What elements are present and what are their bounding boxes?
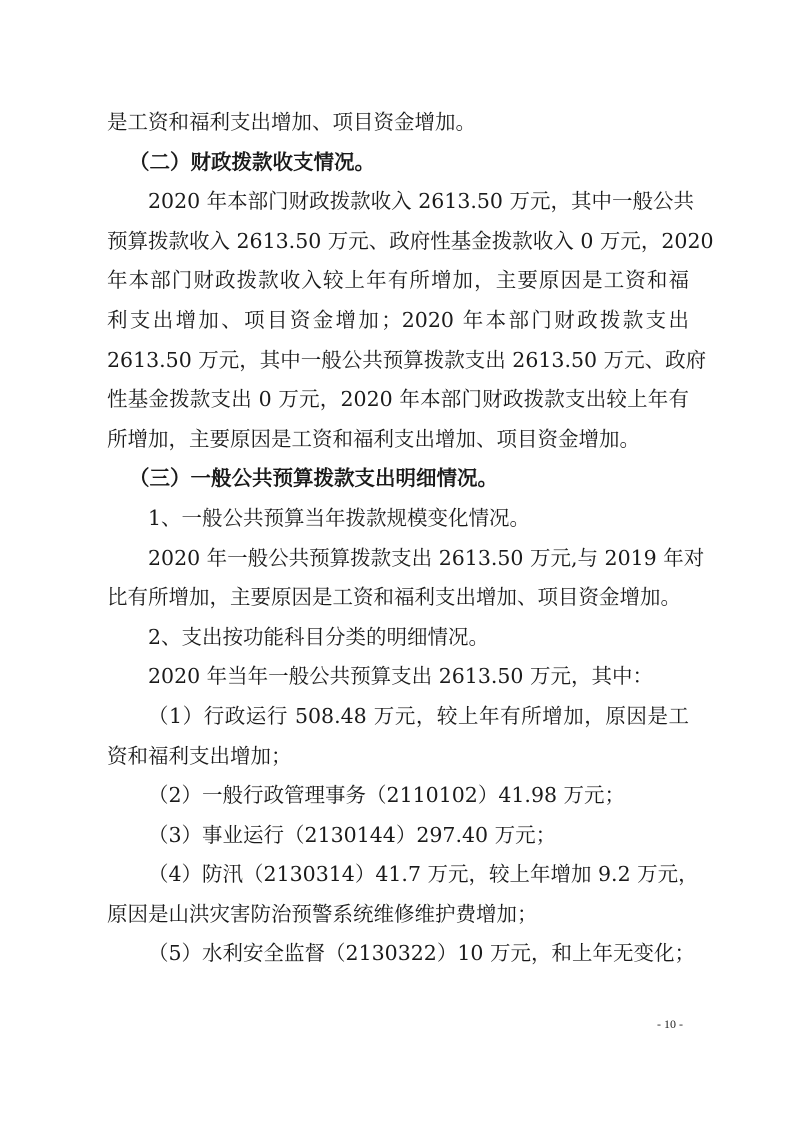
paragraph-line: 所增加，主要原因是工资和福利支出增加、项目资金增加。: [107, 420, 689, 460]
list-item-line: （5）水利安全监督（2130322）10 万元，和上年无变化；: [107, 934, 689, 974]
subsection-heading: 1、一般公共预算当年拨款规模变化情况。: [107, 499, 689, 539]
paragraph-line: 2020 年一般公共预算拨款支出 2613.50 万元,与 2019 年对: [107, 539, 689, 579]
page-number: - 10 -: [640, 1017, 700, 1032]
paragraph-line: 预算拨款收入 2613.50 万元、政府性基金拨款收入 0 万元，2020: [107, 222, 689, 262]
paragraph-line: 年本部门财政拨款收入较上年有所增加，主要原因是工资和福: [107, 261, 689, 301]
list-item-line: （2）一般行政管理事务（2110102）41.98 万元；: [107, 776, 689, 816]
subsection-heading: 2、支出按功能科目分类的明细情况。: [107, 618, 689, 658]
paragraph-line: 性基金拨款支出 0 万元，2020 年本部门财政拨款支出较上年有: [107, 380, 689, 420]
paragraph-line: 比有所增加，主要原因是工资和福利支出增加、项目资金增加。: [107, 578, 689, 618]
section-heading-general-budget-detail: （三）一般公共预算拨款支出明细情况。: [107, 459, 689, 499]
paragraph-line: 2020 年当年一般公共预算支出 2613.50 万元，其中：: [107, 657, 689, 697]
list-item-line: 原因是山洪灾害防治预警系统维修维护费增加；: [107, 895, 689, 935]
list-item-line: （4）防汛（2130314）41.7 万元，较上年增加 9.2 万元，: [107, 855, 689, 895]
document-page: 是工资和福利支出增加、项目资金增加。 （二）财政拨款收支情况。 2020 年本部…: [107, 103, 689, 974]
section-heading-fiscal-appropriation: （二）财政拨款收支情况。: [107, 143, 689, 183]
paragraph-line: 2613.50 万元，其中一般公共预算拨款支出 2613.50 万元、政府: [107, 341, 689, 381]
list-item-line: 资和福利支出增加；: [107, 737, 689, 777]
paragraph-line: 是工资和福利支出增加、项目资金增加。: [107, 103, 689, 143]
list-item-line: （3）事业运行（2130144）297.40 万元；: [107, 816, 689, 856]
paragraph-line: 利支出增加、项目资金增加；2020 年本部门财政拨款支出: [107, 301, 689, 341]
list-item-line: （1）行政运行 508.48 万元，较上年有所增加，原因是工: [107, 697, 689, 737]
paragraph-line: 2020 年本部门财政拨款收入 2613.50 万元，其中一般公共: [107, 182, 689, 222]
